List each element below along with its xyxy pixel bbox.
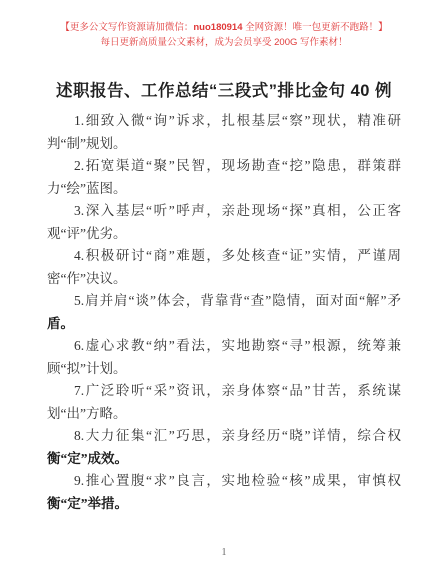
- text-segment: 4.积极研讨“商”难题，多处核查“证”实情，严谨周密“作”决议。: [47, 248, 401, 286]
- list-item: 5.肩并肩“谈”体会，背靠背“查”隐情，面对面“解”矛盾。: [47, 290, 401, 335]
- body-paragraphs: 1.细致入微“询”诉求，扎根基层“察”现状，精准研判“制”规划。2.拓宽渠道“聚…: [0, 110, 448, 515]
- text-segment: 1.细致入微“询”诉求，扎根基层“察”现状，精准研判“制”规划。: [47, 113, 401, 151]
- list-item: 4.积极研讨“商”难题，多处核查“证”实情，严谨周密“作”决议。: [47, 245, 401, 290]
- list-item: 7.广泛聆听“采”资讯，亲身体察“品”甘苦，系统谋划“出”方略。: [47, 380, 401, 425]
- ad-line-1: 【更多公文写作资源请加微信：nuo180914 全网资源！唯一包更新不跑路！】: [0, 20, 448, 35]
- ad-line1-prefix: 【更多公文写作资源请加微信：: [60, 22, 193, 33]
- document-page: 【更多公文写作资源请加微信：nuo180914 全网资源！唯一包更新不跑路！】 …: [0, 0, 448, 580]
- text-segment: 5.肩并肩“谈”体会，背靠背“查”隐情，面对面“解”矛: [74, 293, 401, 308]
- text-segment: 9.推心置腹“求”良言，实地检验“核”成果，审慎权: [74, 473, 401, 488]
- list-item: 2.拓宽渠道“聚”民智，现场勘查“挖”隐患，群策群力“绘”蓝图。: [47, 155, 401, 200]
- page-number: 1: [0, 547, 448, 558]
- text-segment: 3.深入基层“听”呼声，亲赴现场“探”真相，公正客观“评”优劣。: [47, 203, 401, 241]
- list-item: 9.推心置腹“求”良言，实地检验“核”成果，审慎权衡“定”举措。: [47, 470, 401, 515]
- ad-line-2: 每日更新高质量公文素材，成为会员享受 200G 写作素材！: [0, 35, 448, 50]
- text-segment: 盾。: [47, 316, 74, 331]
- text-segment: 衡“定”成效。: [47, 451, 128, 466]
- ad-line1-suffix: 全网资源！唯一包更新不跑路！】: [243, 22, 388, 33]
- list-item: 6.虚心求教“纳”看法，实地勘察“寻”根源，统筹兼顾“拟”计划。: [47, 335, 401, 380]
- ad-banner: 【更多公文写作资源请加微信：nuo180914 全网资源！唯一包更新不跑路！】 …: [0, 0, 448, 50]
- list-item: 8.大力征集“汇”巧思，亲身经历“晓”详情，综合权衡“定”成效。: [47, 425, 401, 470]
- text-segment: 衡“定”举措。: [47, 496, 128, 511]
- page-title: 述职报告、工作总结“三段式”排比金句 40 例: [0, 79, 448, 103]
- text-segment: 2.拓宽渠道“聚”民智，现场勘查“挖”隐患，群策群力“绘”蓝图。: [47, 158, 401, 196]
- wechat-id: nuo180914: [193, 22, 242, 33]
- list-item: 1.细致入微“询”诉求，扎根基层“察”现状，精准研判“制”规划。: [47, 110, 401, 155]
- text-segment: 8.大力征集“汇”巧思，亲身经历“晓”详情，综合权: [74, 428, 401, 443]
- list-item: 3.深入基层“听”呼声，亲赴现场“探”真相，公正客观“评”优劣。: [47, 200, 401, 245]
- text-segment: 7.广泛聆听“采”资讯，亲身体察“品”甘苦，系统谋划“出”方略。: [47, 383, 401, 421]
- text-segment: 6.虚心求教“纳”看法，实地勘察“寻”根源，统筹兼顾“拟”计划。: [47, 338, 401, 376]
